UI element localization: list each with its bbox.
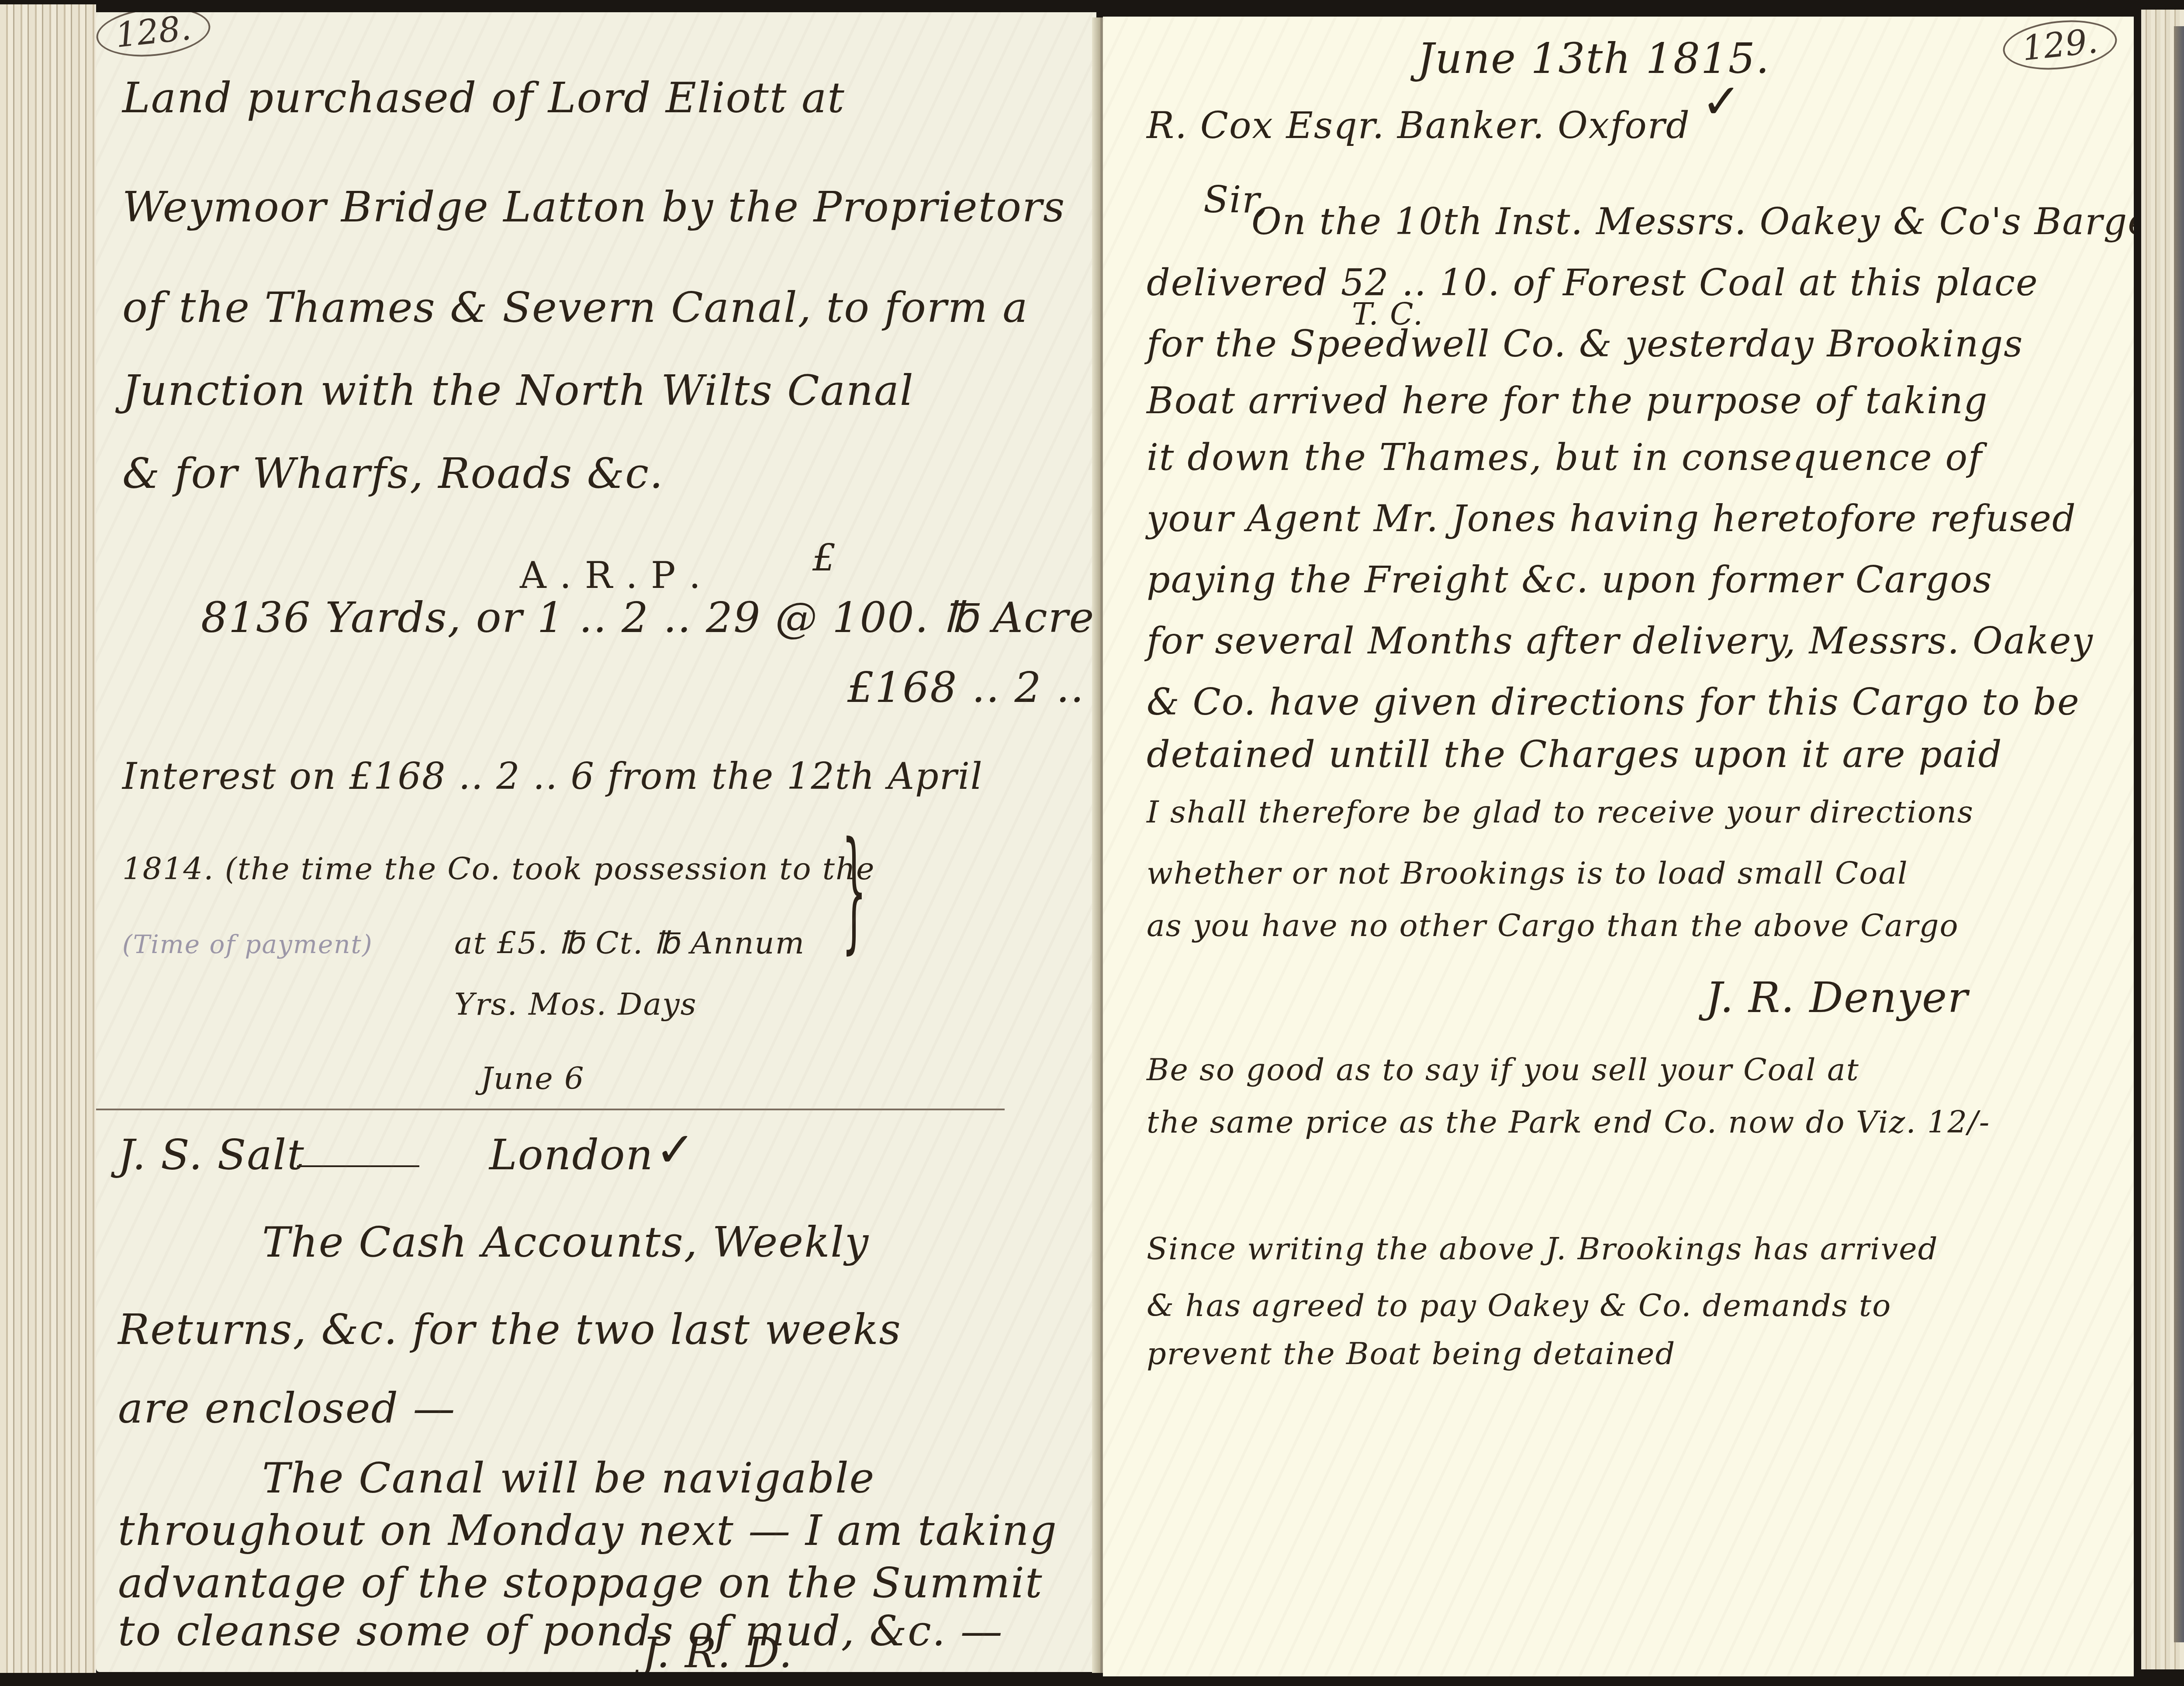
- postscript-line: Be so good as to say if you sell your Co…: [1147, 1052, 1859, 1088]
- letter-line: paying the Freight &c. upon former Cargo…: [1147, 558, 1993, 601]
- pound-header: £: [812, 536, 836, 579]
- open-letter-book: 128. Land purchased of Lord Eliott at We…: [0, 0, 2184, 1686]
- letter-addressee: R. Cox Esqr. Banker. Oxford: [1147, 104, 1690, 147]
- heading-line: Land purchased of Lord Eliott at: [122, 73, 845, 122]
- letter-line: for the Speedwell Co. & yesterday Brooki…: [1147, 322, 2023, 365]
- letter-line: it down the Thames, but in consequence o…: [1147, 436, 1983, 479]
- letter-line: to cleanse some of ponds of mud, &c. —: [118, 1607, 1003, 1655]
- heading-line: Junction with the North Wilts Canal: [122, 366, 914, 415]
- letter-line: throughout on Monday next — I am taking: [118, 1506, 1057, 1555]
- purchase-total: £168 .. 2 .. 6: [847, 663, 1096, 712]
- letter-line: On the 10th Inst. Messrs. Oakey & Co's B…: [1251, 200, 2134, 243]
- page-number-right: 129.: [2001, 17, 2119, 75]
- letter-line: whether or not Brookings is to load smal…: [1147, 855, 1908, 891]
- letter-line: for several Months after delivery, Messr…: [1147, 619, 2094, 662]
- right-page: 129. June 13th 1815. ✓ R. Cox Esqr. Bank…: [1103, 17, 2134, 1676]
- checkmark-icon: ✓: [1701, 73, 1742, 129]
- letter-line: delivered 52 .. 10. of Forest Coal at th…: [1147, 261, 2039, 304]
- letter-line: are enclosed —: [118, 1384, 456, 1433]
- letter-signature: J. R. Denyer: [1706, 973, 1969, 1022]
- letter-date: June 6: [480, 1061, 584, 1096]
- addendum-line: prevent the Boat being detained: [1147, 1336, 1676, 1372]
- acre-rood-perch-header: A . R . P .: [520, 554, 702, 597]
- checkmark-icon: ✓: [655, 1122, 695, 1178]
- interest-line: at £5. ℔ Ct. ℔ Annum: [454, 925, 805, 961]
- page-number-left: 128.: [96, 12, 213, 62]
- interest-line: Yrs. Mos. Days: [454, 986, 697, 1022]
- addendum-line: Since writing the above J. Brookings has…: [1147, 1231, 1939, 1267]
- interest-line: 1814. (the time the Co. took possession …: [122, 851, 875, 887]
- letter-line: & Co. have given directions for this Car…: [1147, 681, 2080, 723]
- postscript-line: the same price as the Park end Co. now d…: [1147, 1104, 1990, 1140]
- letter-addressee: J. S. Salt: [118, 1130, 305, 1179]
- letter-line: advantage of the stoppage on the Summit: [118, 1558, 1043, 1607]
- letter-line: The Cash Accounts, Weekly: [262, 1218, 869, 1267]
- letter-line: I shall therefore be glad to receive you…: [1147, 794, 1974, 830]
- letter-line: as you have no other Cargo than the abov…: [1147, 908, 1959, 943]
- letter-line: your Agent Mr. Jones having heretofore r…: [1147, 497, 2077, 540]
- interest-line: Interest on £168 .. 2 .. 6 from the 12th…: [122, 755, 983, 798]
- letter-line: The Canal will be navigable: [262, 1454, 875, 1503]
- pencil-margin-note: (Time of payment): [122, 929, 373, 959]
- heading-line: of the Thames & Severn Canal, to form a: [122, 283, 1029, 332]
- letter-line: Returns, &c. for the two last weeks: [118, 1305, 902, 1354]
- entry-divider: [96, 1109, 1005, 1110]
- brace-mark: }: [842, 825, 867, 956]
- letter-line: detained untill the Charges upon it are …: [1147, 733, 2003, 776]
- left-page-edges: [0, 4, 96, 1673]
- heading-line: Weymoor Bridge Latton by the Proprietors: [122, 183, 1065, 231]
- heading-line: & for Wharfs, Roads &c.: [122, 449, 663, 498]
- letter-line: Boat arrived here for the purpose of tak…: [1147, 379, 1988, 422]
- address-dash: [297, 1165, 419, 1167]
- measurement-line: 8136 Yards, or 1 .. 2 .. 29 @ 100. ℔ Acr…: [201, 593, 1096, 642]
- letter-signature: J. R. D.: [642, 1628, 793, 1672]
- left-page: 128. Land purchased of Lord Eliott at We…: [96, 12, 1096, 1672]
- letter-place: London: [489, 1130, 653, 1179]
- addendum-line: & has agreed to pay Oakey & Co. demands …: [1147, 1288, 1891, 1323]
- marbled-binding: [2174, 26, 2184, 1642]
